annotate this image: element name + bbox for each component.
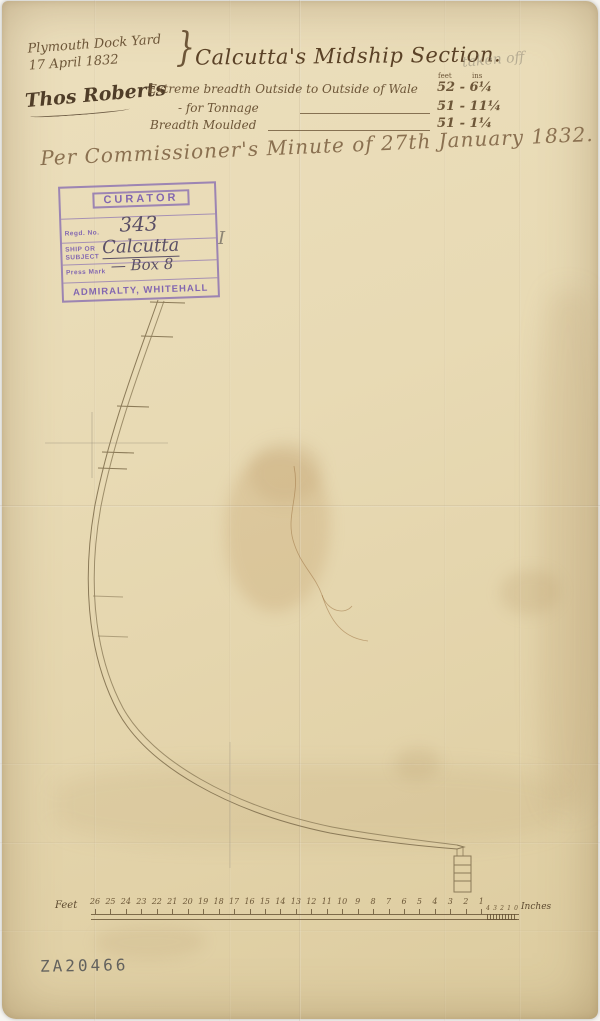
spec-value: 51 - 11¼: [437, 99, 501, 114]
scale-foot-number: 4: [429, 897, 441, 906]
scale-foot-number: 23: [135, 897, 147, 906]
fold-crease: [0, 930, 600, 932]
fold-crease: [0, 842, 600, 844]
scale-foot-number: 22: [151, 897, 163, 906]
scale-foot-tick: [188, 909, 189, 914]
scale-foot-tick: [466, 909, 467, 914]
fold-crease: [519, 0, 521, 1021]
scale-foot-tick: [172, 909, 173, 914]
scale-foot-tick: [234, 909, 235, 914]
scale-foot-number: 9: [352, 897, 364, 906]
units-ins: ins: [472, 72, 482, 80]
scale-foot-number: 7: [383, 897, 395, 906]
scale-foot-number: 26: [89, 897, 101, 906]
scale-foot-tick: [311, 909, 312, 914]
scale-foot-number: 16: [244, 897, 256, 906]
scale-foot-number: 17: [228, 897, 240, 906]
scale-foot-number: 3: [444, 897, 456, 906]
page-title: Calcutta's Midship Section.: [195, 42, 501, 69]
scale-foot-number: 18: [213, 897, 225, 906]
stamp-regd-label: Regd. No.: [65, 229, 100, 237]
scale-foot-number: 24: [120, 897, 132, 906]
scale-foot-tick: [404, 909, 405, 914]
scale-foot-number: 5: [413, 897, 425, 906]
scale-foot-number: 13: [290, 897, 302, 906]
scale-foot-number: 8: [367, 897, 379, 906]
scale-foot-tick: [157, 909, 158, 914]
stamp-press-mark-label: Press Mark: [66, 268, 106, 276]
scale-foot-tick: [110, 909, 111, 914]
fold-crease: [0, 763, 600, 765]
spec-label: Breadth Moulded: [150, 118, 256, 132]
scale-foot-tick: [126, 909, 127, 914]
scale-inches-label: Inches: [521, 902, 551, 912]
stamp-footer: ADMIRALTY, WHITEHALL: [64, 282, 218, 298]
scale-inch-number: 0: [512, 905, 520, 912]
spec-label: - for Tonnage: [178, 101, 259, 115]
stain: [55, 766, 560, 844]
stamp-ship-or-label: SHIP OR: [65, 246, 95, 254]
scale-foot-tick: [373, 909, 374, 914]
archive-reference: ZA20466: [40, 955, 129, 976]
units-feet: feet: [438, 72, 452, 80]
spec-value: 52 - 6¼: [437, 80, 492, 95]
fill-dash: [300, 112, 430, 114]
scale-foot-tick: [296, 909, 297, 914]
scale-foot-number: 10: [336, 897, 348, 906]
scale-foot-number: 2: [460, 897, 472, 906]
scale-feet-label: Feet: [55, 900, 77, 911]
scale-bar-line: [91, 914, 519, 915]
curator-stamp: CURATOR Regd. No. 343 SHIP OR SUBJECT Ca…: [58, 181, 220, 302]
scale-foot-tick: [203, 909, 204, 914]
scale-foot-number: 14: [274, 897, 286, 906]
scale-ruler: Feet 26252423222120191817161514131211109…: [55, 897, 575, 925]
scale-foot-tick: [265, 909, 266, 914]
scale-foot-tick: [250, 909, 251, 914]
scale-foot-number: 25: [104, 897, 116, 906]
stamp-subject-label: SUBJECT: [65, 253, 99, 261]
fold-crease: [0, 505, 600, 507]
scale-bar-line: [91, 919, 519, 920]
scale-foot-number: 15: [259, 897, 271, 906]
scale-foot-number: 20: [182, 897, 194, 906]
scale-foot-tick: [358, 909, 359, 914]
scale-foot-tick: [219, 909, 220, 914]
scale-foot-number: 6: [398, 897, 410, 906]
scale-foot-number: 21: [166, 897, 178, 906]
scale-foot-tick: [95, 909, 96, 914]
stamp-curator-label: CURATOR: [92, 189, 189, 208]
stamp-press-mark-value: — Box 8: [111, 255, 174, 275]
scale-foot-tick: [280, 909, 281, 914]
scale-foot-tick: [389, 909, 390, 914]
scale-foot-tick: [435, 909, 436, 914]
scale-foot-number: 12: [305, 897, 317, 906]
pencil-numeral: I: [218, 228, 225, 249]
scale-foot-tick: [327, 909, 328, 914]
scale-foot-tick: [450, 909, 451, 914]
scale-foot-number: 11: [321, 897, 333, 906]
fold-crease: [444, 0, 446, 1021]
stain: [538, 290, 598, 810]
scale-foot-tick: [419, 909, 420, 914]
scale-inch-subdivisions: [487, 914, 517, 920]
scanned-plan-page: Plymouth Dock Yard 17 April 1832 } Thos …: [0, 0, 600, 1021]
scale-foot-number: 19: [197, 897, 209, 906]
scale-foot-tick: [342, 909, 343, 914]
brace-mark: }: [176, 24, 195, 71]
stamp-regd-value: 343: [119, 211, 158, 236]
spec-label: Extreme breadth Outside to Outside of Wa…: [148, 82, 418, 96]
scale-foot-tick: [481, 909, 482, 914]
scale-foot-tick: [141, 909, 142, 914]
